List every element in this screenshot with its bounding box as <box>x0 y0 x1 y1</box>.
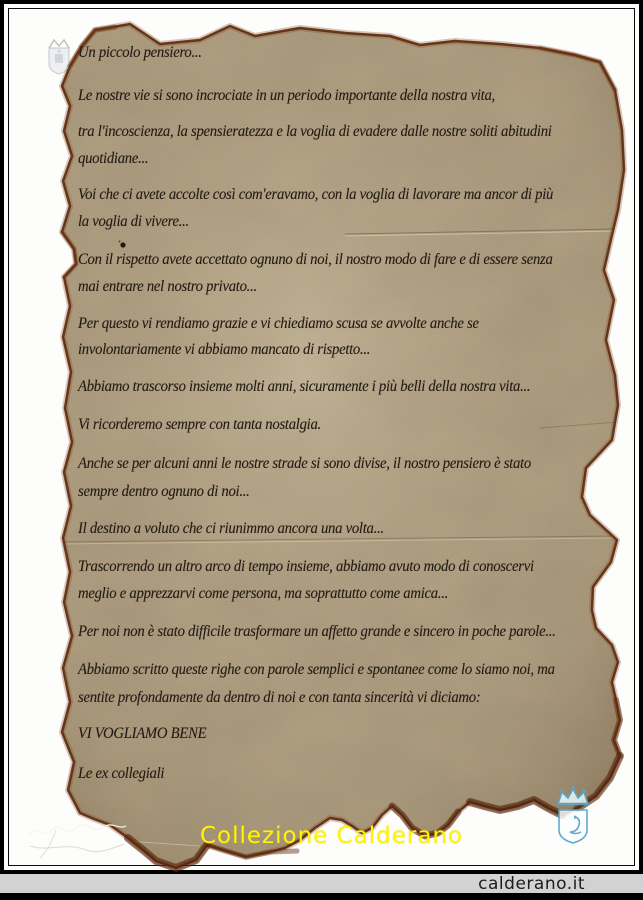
faded-crest-stamp-icon <box>49 40 69 74</box>
letter-line: Per noi non è stato difficile trasformar… <box>78 623 556 641</box>
scanned-letter-page: Un piccolo pensiero...Le nostre vie si s… <box>0 0 643 900</box>
letter-line: Le ex collegiali <box>78 765 164 783</box>
letter-line: sentite profondamente da dentro di noi e… <box>78 689 480 707</box>
embossed-signature <box>28 825 126 858</box>
footer-bar: calderano.it <box>0 874 643 900</box>
blue-crest-stamp-icon <box>557 786 589 843</box>
site-label[interactable]: calderano.it <box>478 874 585 894</box>
letter-line: Le nostre vie si sono incrociate in un p… <box>78 87 495 105</box>
letter-line: quotidiane... <box>78 150 148 168</box>
letter-line: Vi ricorderemo sempre con tanta nostalgi… <box>78 416 321 434</box>
letter-line: VI VOGLIAMO BENE <box>78 725 206 743</box>
letter-line: Il destino a voluto che ci riunimmo anco… <box>78 520 384 538</box>
letter-line: Per questo vi rendiamo grazie e vi chied… <box>78 315 479 333</box>
letter-line: Trascorrendo un altro arco di tempo insi… <box>78 558 534 576</box>
letter-line: tra l'incoscienza, la spensieratezza e l… <box>78 123 552 141</box>
watermark-text: Collezione Calderano <box>200 823 463 849</box>
letter-line: Un piccolo pensiero... <box>78 44 202 62</box>
letter-line: Voi che ci avete accolte così com'eravam… <box>78 186 553 204</box>
letter-line: la voglia di vivere... <box>78 213 189 231</box>
letter-line: Abbiamo scritto queste righe con parole … <box>78 661 555 679</box>
letter-line: involontariamente vi abbiamo mancato di … <box>78 341 370 359</box>
letter-line: Con il rispetto avete accettato ognuno d… <box>78 251 553 269</box>
letter-line: sempre dentro ognuno di noi... <box>78 483 250 501</box>
letter-line: meglio e apprezzarvi come persona, ma so… <box>78 585 448 603</box>
letter-line: Anche se per alcuni anni le nostre strad… <box>78 455 531 473</box>
letter-line: Abbiamo trascorso insieme molti anni, si… <box>78 378 530 396</box>
letter-line: mai entrare nel nostro privato... <box>78 278 257 296</box>
